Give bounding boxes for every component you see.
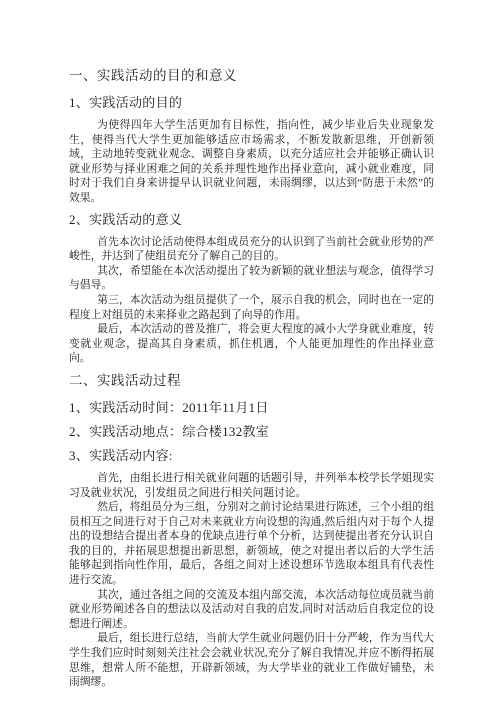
paragraph-significance-third: 第三，本次活动为组员提供了一个，展示自我的机会，同时也在一定的程度上对组员的未来… xyxy=(69,293,434,322)
paragraph-content-then: 然后，将组员分为三组，分别对之前讨论结果进行陈述，三个小组的组员相互之间进行对于… xyxy=(69,500,434,588)
section-heading-purpose-and-significance: 一、实践活动的目的和意义 xyxy=(69,67,434,85)
paragraph-significance-first: 首先本次讨论活动使得本组成员充分的认识到了当前社会就业形势的严峻性，并达到了使组… xyxy=(69,235,434,264)
paragraph-significance-second: 其次，希望能在本次活动提出了较为新颖的就业想法与观念，值得学习与倡导。 xyxy=(69,264,434,293)
subheading-activity-content: 3、实践活动内容: xyxy=(69,447,434,464)
subheading-activity-significance: 2、实践活动的意义 xyxy=(69,211,434,228)
paragraph-content-second: 其次，通过各组之间的交流及本组内部交流，本次活动每位成员就当前就业形势阐述各自的… xyxy=(69,588,434,632)
subheading-activity-purpose: 1、实践活动的目的 xyxy=(69,94,434,111)
paragraph-content-first: 首先，由组长进行相关就业问题的话题引导，并列举本校学长学姐现实习及就业状况，引发… xyxy=(69,471,434,500)
paragraph-significance-last: 最后，本次活动的普及推广，将会更大程度的减小大学身就业难度，转变就业观念，提高其… xyxy=(69,322,434,366)
section-heading-activity-process: 二、实践活动过程 xyxy=(69,372,434,390)
subheading-activity-location: 2、实践活动地点：综合楼132教室 xyxy=(69,423,434,440)
subheading-activity-time: 1、实践活动时间：2011年11月1日 xyxy=(69,399,434,416)
paragraph-purpose-body: 为使得四年大学生活更加有目标性，指向性，减少毕业后失业现象发生，使得当代大学生更… xyxy=(69,118,434,206)
document-page: 一、实践活动的目的和意义 1、实践活动的目的 为使得四年大学生活更加有目标性，指… xyxy=(0,0,496,702)
paragraph-content-last: 最后，组长进行总结，当前大学生就业问题仍旧十分严峻，作为当代大学生我们应时时刻刻… xyxy=(69,631,434,689)
